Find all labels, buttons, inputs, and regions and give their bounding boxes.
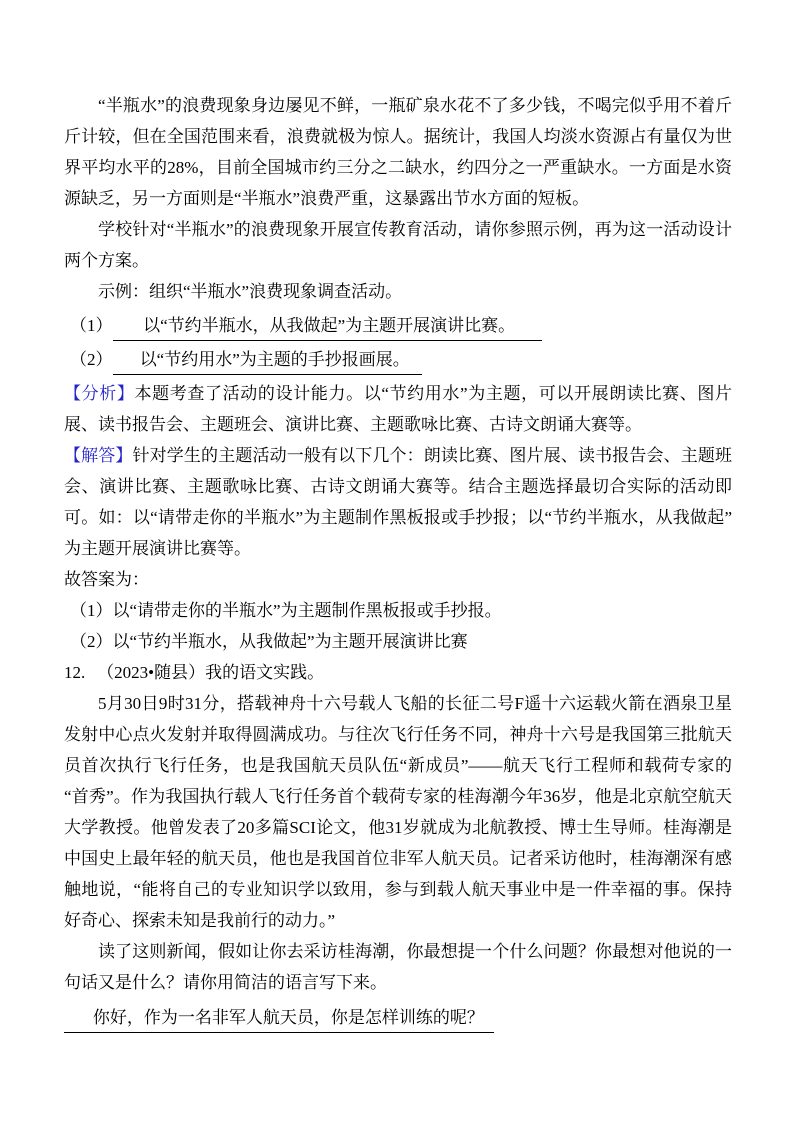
q12-heading: 12.（2023•随县）我的语文实践。: [64, 657, 732, 688]
q12-number: 12.: [64, 657, 85, 688]
q11-blank-2-number: （2）: [70, 344, 113, 375]
q12-student-answer-text: 你好，作为一名非军人航天员，你是怎样训练的呢？: [64, 1004, 494, 1033]
q11-answer-blank-2: （2）以“节约用水”为主题的手抄报画展。: [64, 344, 732, 375]
solution-label: 【解答】: [64, 446, 133, 465]
q12-question-paragraph: 读了这则新闻，假如让你去采访桂海潮，你最想提一个什么问题？你最想对他说的一句话又…: [64, 936, 732, 998]
q12-title: （2023•随县）我的语文实践。: [97, 663, 324, 682]
q12-student-answer-line: 你好，作为一名非军人航天员，你是怎样训练的呢？: [64, 1002, 732, 1033]
q11-analysis-paragraph: 【分析】本题考查了活动的设计能力。以“节约用水”为主题，可以开展朗读比赛、图片展…: [64, 378, 732, 440]
q11-passage-paragraph: “半瓶水”的浪费现象身边屡见不鲜，一瓶矿泉水花不了多少钱，不喝完似乎用不着斤斤计…: [64, 90, 732, 214]
analysis-label: 【分析】: [64, 384, 135, 403]
q11-conclusion-item-1: （1）以“请带走你的半瓶水”为主题制作黑板报或手抄报。: [64, 595, 732, 626]
document-page: “半瓶水”的浪费现象身边屡见不鲜，一瓶矿泉水花不了多少钱，不喝完似乎用不着斤斤计…: [0, 0, 794, 1123]
q11-conclusion-item-2: （2）以“节约半瓶水，从我做起”为主题开展演讲比赛: [64, 626, 732, 657]
analysis-text: 本题考查了活动的设计能力。以“节约用水”为主题，可以开展朗读比赛、图片展、读书报…: [64, 384, 732, 434]
q11-blank-1-answer-text: 以“节约半瓶水，从我做起”为主题开展演讲比赛。: [113, 312, 543, 341]
q12-news-paragraph: 5月30日9时31分，搭载神舟十六号载人飞船的长征二号F遥十六运载火箭在酒泉卫星…: [64, 688, 732, 936]
q11-conclusion-intro: 故答案为：: [64, 564, 732, 595]
q11-blank-2-answer-text: 以“节约用水”为主题的手抄报画展。: [113, 346, 422, 375]
q11-blank-1-number: （1）: [70, 310, 113, 341]
q11-answer-blank-1: （1）以“节约半瓶水，从我做起”为主题开展演讲比赛。: [64, 310, 732, 341]
q11-solution-paragraph: 【解答】针对学生的主题活动一般有以下几个：朗读比赛、图片展、读书报告会、主题班会…: [64, 440, 732, 564]
solution-text: 针对学生的主题活动一般有以下几个：朗读比赛、图片展、读书报告会、主题班会、演讲比…: [64, 446, 732, 558]
q11-task-paragraph: 学校针对“半瓶水”的浪费现象开展宣传教育活动，请你参照示例，再为这一活动设计两个…: [64, 214, 732, 276]
q11-example-line: 示例：组织“半瓶水”浪费现象调查活动。: [64, 276, 732, 307]
